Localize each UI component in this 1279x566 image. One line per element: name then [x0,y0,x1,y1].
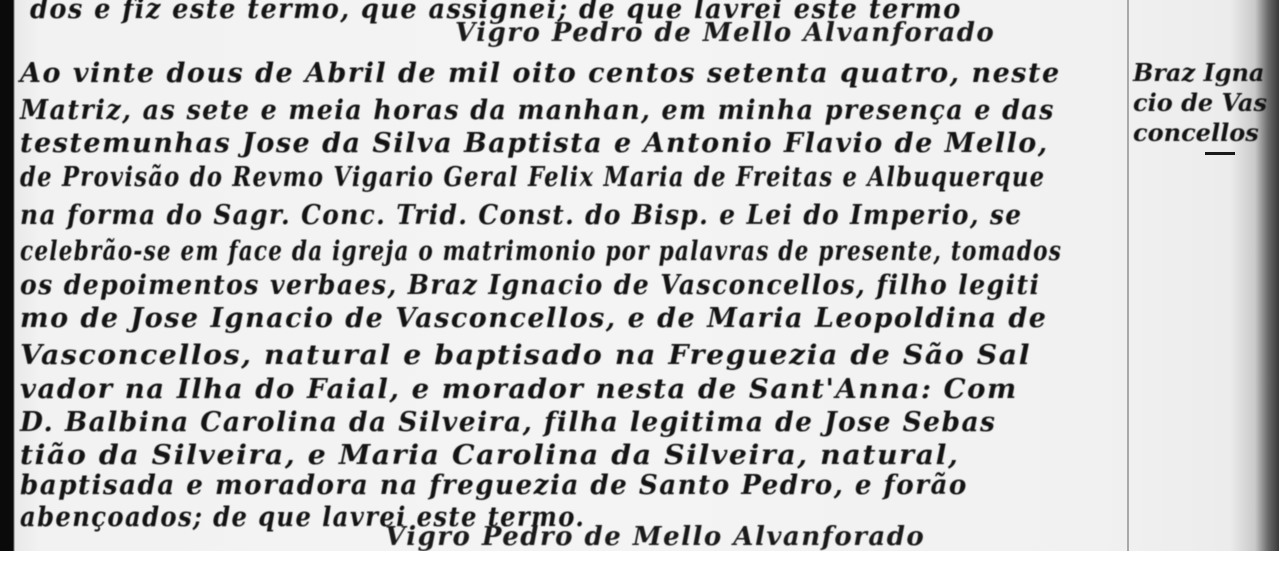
signature-bottom: Vigro Pedro de Mello Alvanforado [385,522,925,551]
text-line-2: Matriz, as sete e meia horas da manhan, … [20,95,1055,126]
margin-note-line-1: cio de Vas [1133,88,1267,117]
text-line-3: testemunhas Jose da Silva Baptista e Ant… [20,128,1049,159]
margin-rule [1127,0,1129,551]
text-line-11: D. Balbina Carolina da Silveira, filha l… [20,407,996,438]
blank-bottom-strip [0,551,1279,566]
signature-top: Vigro Pedro de Mello Alvanforado [455,18,995,48]
text-line-12: tião da Silveira, e Maria Carolina da Si… [20,440,959,471]
text-line-7: os depoimentos verbaes, Braz Ignacio de … [20,270,1040,301]
text-line-6: celebrão-se em face da igreja o matrimon… [20,236,1062,267]
manuscript-scan: dos e fiz este termo, que assignei; de q… [0,0,1279,551]
text-line-10: vador na Ilha do Faial, e morador nesta … [20,374,1018,405]
text-line-8: mo de Jose Ignacio de Vasconcellos, e de… [20,303,1047,334]
text-line-4: de Provisão do Revmo Vigario Geral Felix… [20,162,1045,193]
text-line-9: Vasconcellos, natural e baptisado na Fre… [20,340,1031,371]
margin-note-line-2: concellos [1133,118,1259,147]
text-line-5: na forma do Sagr. Conc. Trid. Const. do … [20,200,1022,231]
margin-note-line-0: Braz Igna [1133,58,1264,87]
margin-dash [1205,152,1235,155]
text-line-1: Ao vinte dous de Abril de mil oito cento… [20,58,1061,89]
text-line-13: baptisada e moradora na freguezia de San… [20,470,968,501]
